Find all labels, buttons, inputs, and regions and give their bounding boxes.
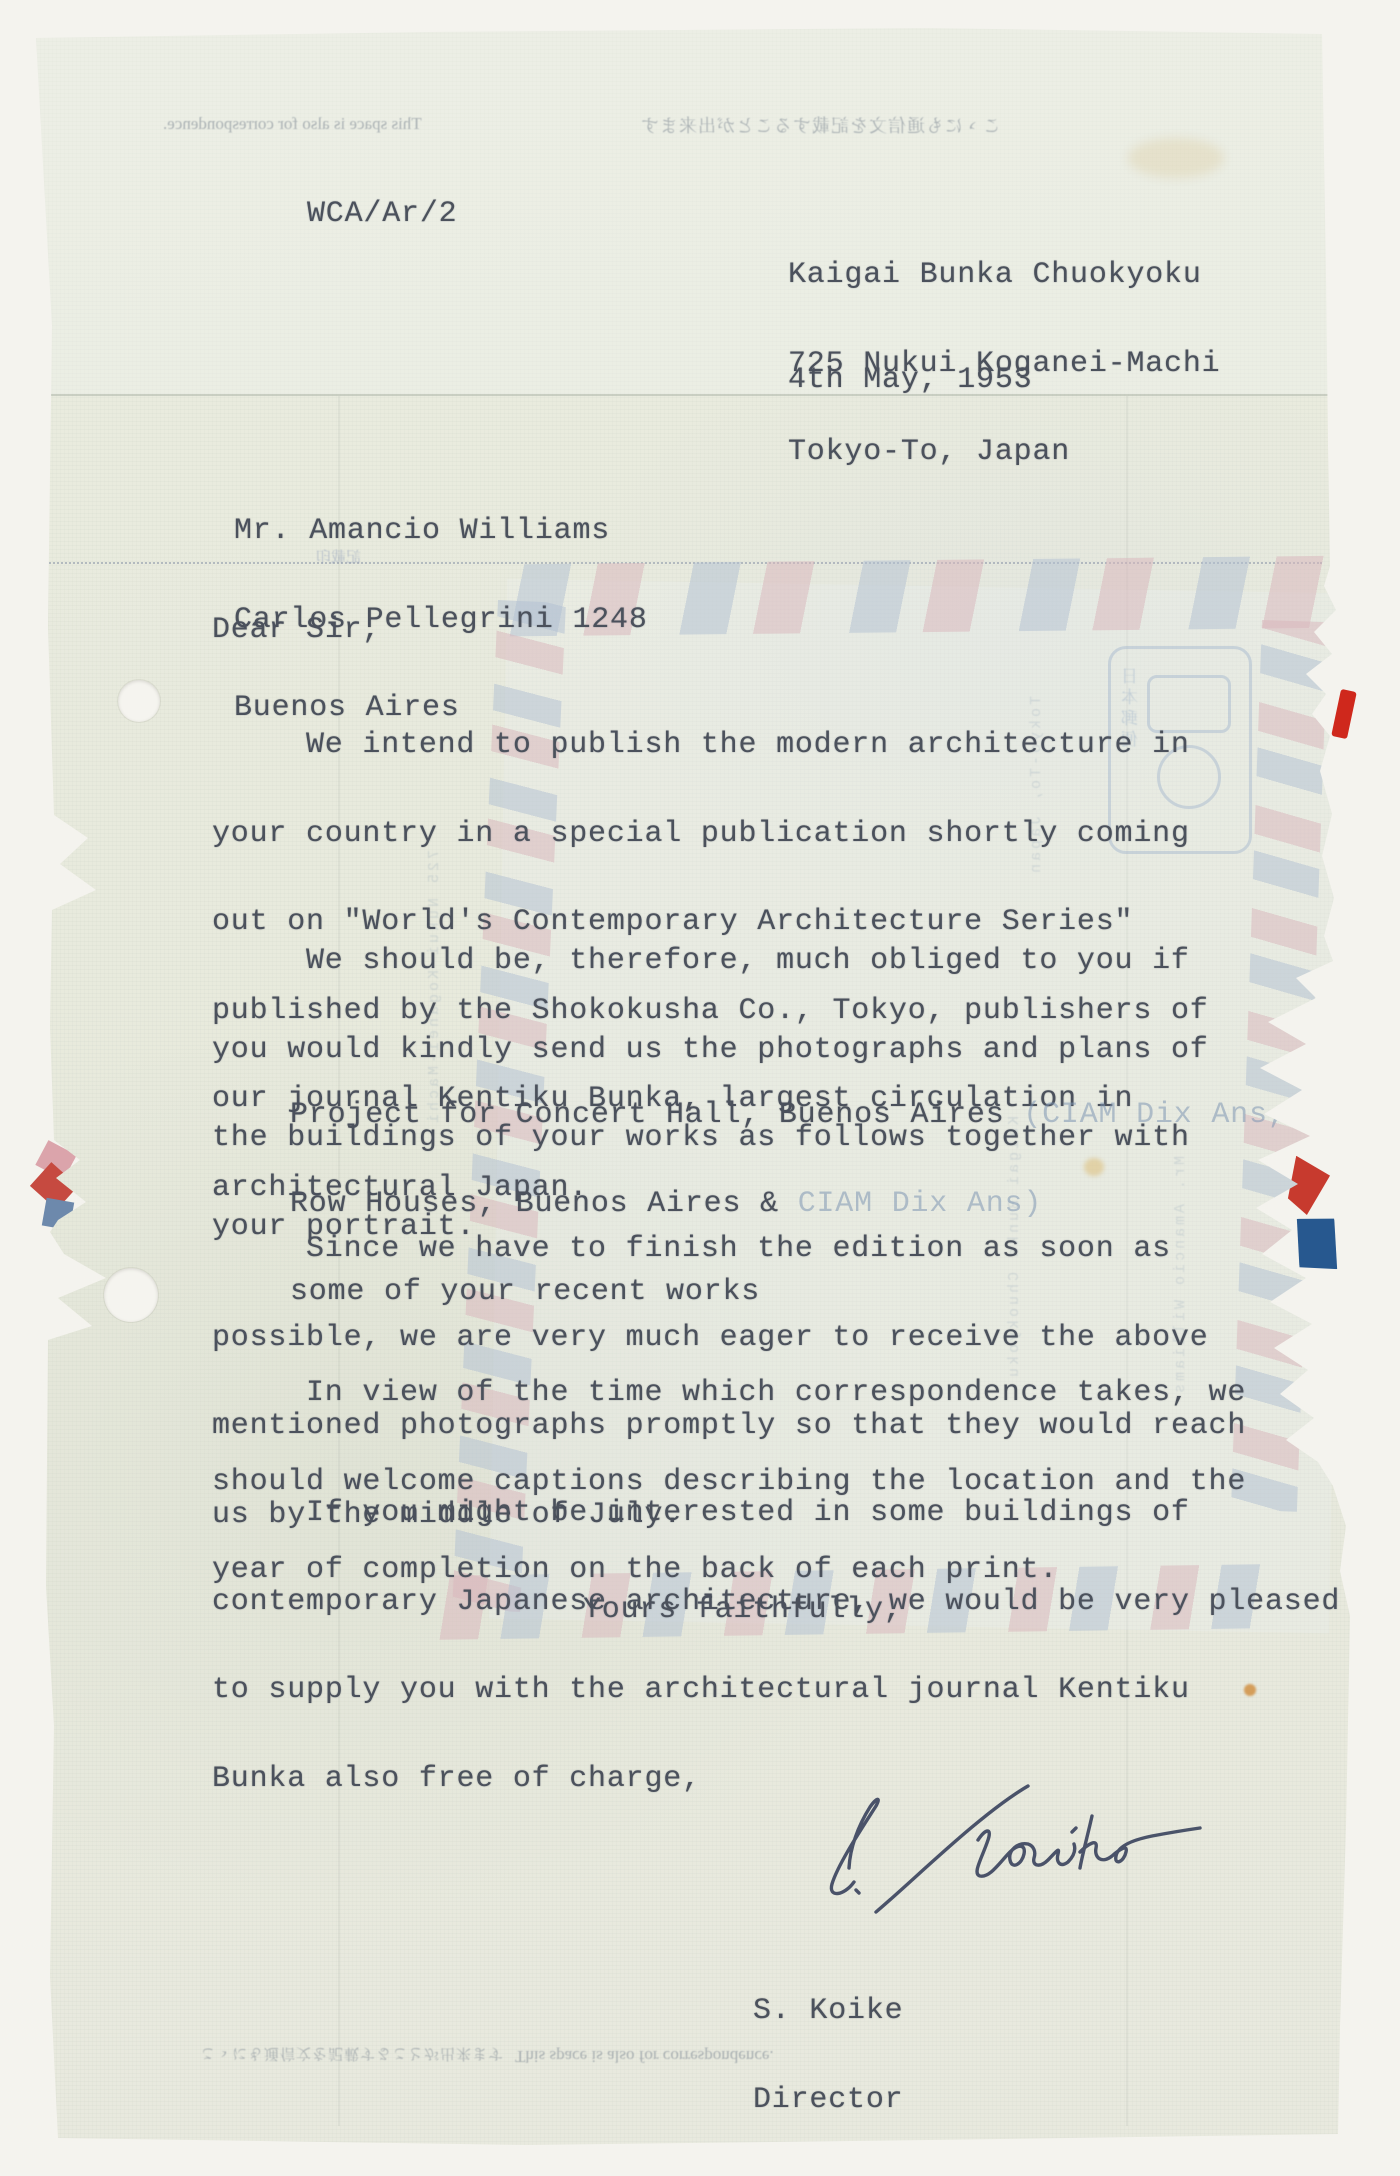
signatory-title: Director — [753, 2086, 903, 2116]
envelope-fleck-blue-right — [1292, 1213, 1342, 1275]
works-item-faint-text: (CIAM Dix Ans, — [1023, 1098, 1286, 1132]
punch-hole-bottom — [104, 1268, 158, 1322]
reference-number: WCA/Ar/2 — [307, 200, 457, 230]
envelope-fleck-red-right-top — [1331, 689, 1357, 739]
letter-paper: 記載印 日本郵便 725 Nukui Koganei-Machi Tokyo-T… — [28, 26, 1388, 2150]
works-item-text: Project for Concert Hall, Buenos Aires — [290, 1098, 1023, 1132]
punch-hole-top — [118, 680, 160, 722]
stain-top-right — [1128, 138, 1224, 178]
scan-background: 記載印 日本郵便 725 Nukui Koganei-Machi Tokyo-T… — [0, 0, 1400, 2176]
letter-line: to supply you with the architectural jou… — [212, 1676, 1340, 1706]
letter-line: We should be, therefore, much obliged to… — [306, 947, 1209, 977]
letter-line: If you might be interested in some build… — [306, 1499, 1340, 1529]
letter-date: 4th May, 1953 — [788, 366, 1032, 396]
sender-line: Tokyo-To, Japan — [788, 438, 1220, 468]
letter-line: We intend to publish the modern architec… — [306, 731, 1209, 761]
sender-line: Kaigai Bunka Chuokyoku — [788, 261, 1220, 291]
imprint-top-english: This space is also for correspondence. — [163, 114, 422, 134]
imprint-bottom-japanese: こゝにも通信文を記載することが出来ます — [200, 2044, 504, 2065]
letter-line: your country in a special publication sh… — [212, 820, 1209, 850]
imprint-top-japanese: こゝにも通信文を記載することが出来ます — [640, 112, 1001, 138]
letter-line: In view of the time which correspondence… — [306, 1379, 1246, 1409]
works-item: Project for Concert Hall, Buenos Aires (… — [290, 1101, 1287, 1131]
handwritten-signature — [810, 1784, 1210, 1934]
signature-block: S. Koike Director — [753, 1938, 903, 2174]
recipient-line: Mr. Amancio Williams — [234, 517, 648, 547]
letter-line: Since we have to finish the edition as s… — [306, 1235, 1246, 1265]
imprint-bottom-english: This space is also for correspondence. — [515, 2046, 774, 2066]
salutation: Dear Sir, — [212, 616, 381, 646]
signatory-name: S. Koike — [753, 1997, 903, 2027]
closing: Yours faithfully, — [583, 1596, 903, 1626]
